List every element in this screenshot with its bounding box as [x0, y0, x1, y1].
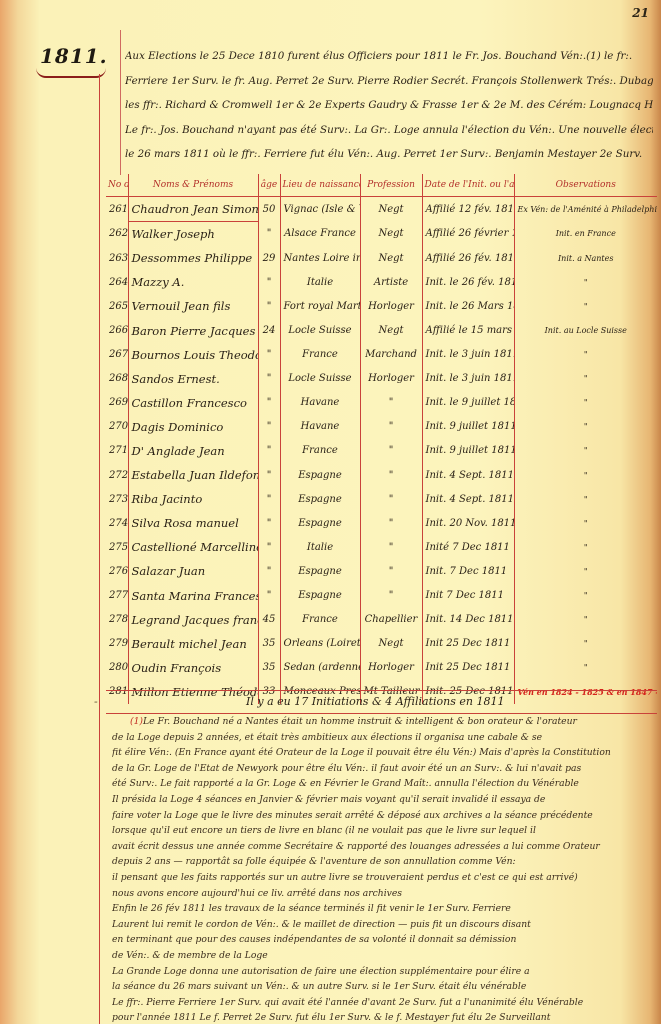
election-header-paragraph: Aux Elections le 25 Dece 1810 furent élu…	[125, 44, 653, 167]
member-date: Init 25 Dec 1811	[422, 656, 514, 680]
member-name: Sandos Ernest.	[128, 367, 258, 391]
member-observations: "	[514, 415, 657, 439]
member-birthplace: Italie	[280, 535, 360, 559]
member-date: Init. le 3 juin 1811	[422, 343, 514, 367]
member-date: Affilié 26 février 1811	[422, 222, 514, 247]
member-profession: Negt	[360, 222, 422, 247]
footnote-marker: (1)	[130, 716, 143, 727]
table-row: 276Salazar Juan"Espagne"Init. 7 Dec 1811…	[106, 559, 657, 583]
note-line: de la Gr. Loge de l'Etat de Newyork pour…	[112, 761, 657, 777]
member-age: "	[258, 511, 280, 535]
member-name: Mazzy A.	[128, 270, 258, 294]
member-name: Chaudron Jean Simon	[128, 197, 258, 222]
table-row: 262Walker Joseph"Alsace FranceNegtAffili…	[106, 222, 657, 247]
member-observations: Init. au Locle Suisse	[514, 318, 657, 342]
note-line: pour l'année 1811 Le f. Perret 2e Surv. …	[112, 1010, 657, 1024]
member-observations: "	[514, 343, 657, 367]
member-profession: "	[360, 511, 422, 535]
member-birthplace: Havane	[280, 391, 360, 415]
member-name: Berault michel Jean	[128, 632, 258, 656]
header-line: Aux Elections le 25 Dece 1810 furent élu…	[125, 44, 653, 69]
member-age: "	[258, 439, 280, 463]
note-line: lorsque qu'il eut encore un tiers de liv…	[112, 823, 657, 839]
member-age: "	[258, 463, 280, 487]
note-line: Laurent lui remit le cordon de Vén:. & l…	[112, 917, 657, 933]
member-observations: "	[514, 270, 657, 294]
member-age: "	[258, 222, 280, 247]
column-header-birthplace: Lieu de naissance	[280, 174, 360, 197]
member-number: 265	[106, 294, 128, 318]
member-birthplace: France	[280, 439, 360, 463]
table-header-row: No de Loge Noms & Prénoms âge Lieu de na…	[106, 174, 657, 197]
member-number: 276	[106, 559, 128, 583]
footnote-block: (1)Le Fr. Bouchand né a Nantes était un …	[112, 714, 657, 1024]
member-observations: Init. a Nantes	[514, 246, 657, 270]
member-profession: "	[360, 391, 422, 415]
table-row: 280Oudin François35Sedan (ardennes)Horlo…	[106, 656, 657, 680]
member-profession: "	[360, 415, 422, 439]
note-line: Il présida la Loge 4 séances en Janvier …	[112, 792, 657, 808]
member-date: Affilié le 15 mars 1811	[422, 318, 514, 342]
table-row: 277Santa Marina Francesco"Espagne"Init 7…	[106, 584, 657, 608]
member-number: 271	[106, 439, 128, 463]
note-line: Le ffr:. Pierre Ferriere 1er Surv. qui a…	[112, 995, 657, 1011]
table-row: 270Dagis Dominico"Havane"Init. 9 juillet…	[106, 415, 657, 439]
member-birthplace: Orleans (Loiret)	[280, 632, 360, 656]
ledger-page: 21 1811. Aux Elections le 25 Dece 1810 f…	[0, 0, 661, 1024]
member-observations: "	[514, 439, 657, 463]
member-date: Init. 4 Sept. 1811	[422, 463, 514, 487]
member-birthplace: Italie	[280, 270, 360, 294]
table-row: 269Castillon Francesco"Havane"Init. le 9…	[106, 391, 657, 415]
member-number: 278	[106, 608, 128, 632]
member-number: 266	[106, 318, 128, 342]
table-row: 261Chaudron Jean Simon50Vignac (Isle & V…	[106, 197, 657, 222]
header-line: le 26 mars 1811 où le ffr:. Ferriere fut…	[125, 142, 653, 167]
member-date: Affilié 26 fév. 1811	[422, 246, 514, 270]
member-age: 45	[258, 608, 280, 632]
member-observations: "	[514, 487, 657, 511]
member-date: Init. 9 juillet 1811	[422, 415, 514, 439]
member-birthplace: Havane	[280, 415, 360, 439]
table-row: 275Castellioné Marcellino"Italie"Inité 7…	[106, 535, 657, 559]
column-header-number: No de Loge	[106, 174, 128, 197]
table-row: 265Vernouil Jean fils"Fort royal Martini…	[106, 294, 657, 318]
member-number: 277	[106, 584, 128, 608]
member-profession: "	[360, 487, 422, 511]
member-birthplace: Alsace France	[280, 222, 360, 247]
member-observations: "	[514, 559, 657, 583]
member-number: 263	[106, 246, 128, 270]
member-age: 50	[258, 197, 280, 222]
member-name: Baron Pierre Jacques	[128, 318, 258, 342]
member-number: 272	[106, 463, 128, 487]
member-birthplace: Fort royal Martinique	[280, 294, 360, 318]
member-age: 24	[258, 318, 280, 342]
member-name: Walker Joseph	[128, 222, 258, 247]
member-age: "	[258, 294, 280, 318]
member-birthplace: Espagne	[280, 463, 360, 487]
table-row: 266Baron Pierre Jacques24Locle SuisseNeg…	[106, 318, 657, 342]
member-number: 267	[106, 343, 128, 367]
table-row: 279Berault michel Jean35Orleans (Loiret)…	[106, 632, 657, 656]
member-age: "	[258, 559, 280, 583]
member-profession: Negt	[360, 197, 422, 222]
member-age: "	[258, 270, 280, 294]
member-date: Init. le 26 fév. 1811	[422, 270, 514, 294]
member-date: Init. le 26 Mars 1811	[422, 294, 514, 318]
member-name: Estabella Juan Ildefonso	[128, 463, 258, 487]
member-birthplace: Vignac (Isle & Vilaine)	[280, 197, 360, 222]
member-observations: "	[514, 367, 657, 391]
member-observations: "	[514, 294, 657, 318]
note-line: depuis 2 ans — rapportât sa folle équipé…	[112, 854, 657, 870]
note-line: faire voter la Loge que le livre des min…	[112, 808, 657, 824]
member-age: 29	[258, 246, 280, 270]
note-line: de la Loge depuis 2 années, et était trè…	[112, 730, 657, 746]
member-age: "	[258, 584, 280, 608]
column-header-age: âge	[258, 174, 280, 197]
member-profession: Artiste	[360, 270, 422, 294]
register-body: 261Chaudron Jean Simon50Vignac (Isle & V…	[106, 197, 657, 704]
member-date: Inité 7 Dec 1811	[422, 535, 514, 559]
table-row: 263Dessommes Philippe29Nantes Loire inf.…	[106, 246, 657, 270]
member-date: Init. le 3 juin 1811	[422, 367, 514, 391]
member-number: 261	[106, 197, 128, 222]
member-observations: "	[514, 632, 657, 656]
member-name: Riba Jacinto	[128, 487, 258, 511]
member-age: "	[258, 343, 280, 367]
member-number: 274	[106, 511, 128, 535]
member-birthplace: France	[280, 608, 360, 632]
member-date: Init. le 9 juillet 1811	[422, 391, 514, 415]
summary-line: - Il y a eu 17 Initiations & 4 Affiliati…	[106, 690, 657, 714]
header-line: Ferriere 1er Surv. le fr. Aug. Perret 2e…	[125, 69, 653, 94]
member-observations: Ex Vén: de l'Aménité à Philadelphie	[514, 197, 657, 222]
member-name: Silva Rosa manuel	[128, 511, 258, 535]
member-register-table: No de Loge Noms & Prénoms âge Lieu de na…	[106, 174, 657, 704]
note-line: en terminant que pour des causes indépen…	[112, 932, 657, 948]
member-age: 35	[258, 632, 280, 656]
member-date: Init. 14 Dec 1811	[422, 608, 514, 632]
column-header-observations: Observations	[514, 174, 657, 197]
member-observations: "	[514, 584, 657, 608]
member-birthplace: Locle Suisse	[280, 318, 360, 342]
member-profession: Negt	[360, 246, 422, 270]
member-observations: Init. en France	[514, 222, 657, 247]
note-line: Enfin le 26 fév 1811 les travaux de la s…	[112, 901, 657, 917]
member-observations: "	[514, 656, 657, 680]
member-birthplace: Espagne	[280, 584, 360, 608]
member-number: 262	[106, 222, 128, 247]
member-birthplace: Espagne	[280, 487, 360, 511]
table-row: 264Mazzy A."ItalieArtisteInit. le 26 fév…	[106, 270, 657, 294]
member-number: 279	[106, 632, 128, 656]
member-birthplace: Locle Suisse	[280, 367, 360, 391]
member-observations: "	[514, 511, 657, 535]
column-header-profession: Profession	[360, 174, 422, 197]
left-margin-rule	[99, 74, 100, 1024]
member-name: Dagis Dominico	[128, 415, 258, 439]
member-number: 270	[106, 415, 128, 439]
member-observations: "	[514, 535, 657, 559]
summary-text: Il y a eu 17 Initiations & 4 Affiliation…	[246, 691, 504, 713]
member-name: D' Anglade Jean	[128, 439, 258, 463]
table-row: 274Silva Rosa manuel"Espagne"Init. 20 No…	[106, 511, 657, 535]
member-name: Legrand Jacques françois	[128, 608, 258, 632]
summary-dash: -	[94, 691, 98, 713]
member-name: Castellioné Marcellino	[128, 535, 258, 559]
member-profession: "	[360, 535, 422, 559]
member-name: Oudin François	[128, 656, 258, 680]
member-profession: "	[360, 559, 422, 583]
column-header-name: Noms & Prénoms	[128, 174, 258, 197]
member-profession: "	[360, 463, 422, 487]
member-date: Init 7 Dec 1811	[422, 584, 514, 608]
note-line: La Grande Loge donna une autorisation de…	[112, 964, 657, 980]
member-profession: Horloger	[360, 294, 422, 318]
note-line: il pensant que les faits rapportés sur u…	[112, 870, 657, 886]
member-date: Init. 9 juillet 1811	[422, 439, 514, 463]
member-observations: "	[514, 608, 657, 632]
header-line: Le fr:. Jos. Bouchand n'ayant pas été Su…	[125, 118, 653, 143]
member-number: 264	[106, 270, 128, 294]
year-heading: 1811.	[40, 44, 108, 68]
member-name: Dessommes Philippe	[128, 246, 258, 270]
header-line: les ffr:. Richard & Cromwell 1er & 2e Ex…	[125, 93, 653, 118]
member-birthplace: Nantes Loire inf.	[280, 246, 360, 270]
member-name: Salazar Juan	[128, 559, 258, 583]
table-row: 271D' Anglade Jean"France"Init. 9 juille…	[106, 439, 657, 463]
member-age: "	[258, 487, 280, 511]
member-profession: "	[360, 584, 422, 608]
member-profession: Horloger	[360, 656, 422, 680]
note-line: été Surv:. Le fait rapporté a la Gr. Log…	[112, 776, 657, 792]
member-date: Affilié 12 fév. 1811	[422, 197, 514, 222]
table-row: 268Sandos Ernest."Locle SuisseHorlogerIn…	[106, 367, 657, 391]
member-birthplace: France	[280, 343, 360, 367]
note-line: de Vén:. & de membre de la Loge	[112, 948, 657, 964]
member-age: 35	[258, 656, 280, 680]
member-age: "	[258, 391, 280, 415]
member-name: Vernouil Jean fils	[128, 294, 258, 318]
table-row: 278Legrand Jacques françois45FranceChape…	[106, 608, 657, 632]
table-row: 272Estabella Juan Ildefonso"Espagne"Init…	[106, 463, 657, 487]
member-number: 273	[106, 487, 128, 511]
member-date: Init 25 Dec 1811	[422, 632, 514, 656]
member-observations: "	[514, 391, 657, 415]
note-line: avait écrit dessus une année comme Secré…	[112, 839, 657, 855]
page-number: 21	[632, 6, 649, 20]
note-line: nous avons encore aujourd'hui ce liv. ar…	[112, 886, 657, 902]
member-name: Santa Marina Francesco	[128, 584, 258, 608]
member-profession: "	[360, 439, 422, 463]
member-date: Init. 7 Dec 1811	[422, 559, 514, 583]
note-line: fit élire Vén:. (En France ayant été Ora…	[112, 745, 657, 761]
member-number: 268	[106, 367, 128, 391]
member-name: Bournos Louis Theodore	[128, 343, 258, 367]
table-row: 267Bournos Louis Theodore"FranceMarchand…	[106, 343, 657, 367]
member-birthplace: Espagne	[280, 559, 360, 583]
header-margin-rule	[120, 30, 121, 175]
member-age: "	[258, 415, 280, 439]
member-number: 275	[106, 535, 128, 559]
note-line: (1)Le Fr. Bouchand né a Nantes était un …	[112, 714, 657, 730]
member-profession: Marchand	[360, 343, 422, 367]
note-line: la séance du 26 mars suivant un Vén:. & …	[112, 979, 657, 995]
member-profession: Negt	[360, 318, 422, 342]
member-date: Init. 20 Nov. 1811	[422, 511, 514, 535]
year-flourish-decoration	[36, 68, 106, 78]
member-number: 280	[106, 656, 128, 680]
column-header-date: Date de l'Init. ou l'affil.	[422, 174, 514, 197]
member-profession: Horloger	[360, 367, 422, 391]
member-date: Init. 4 Sept. 1811	[422, 487, 514, 511]
table-row: 273Riba Jacinto"Espagne"Init. 4 Sept. 18…	[106, 487, 657, 511]
member-observations: "	[514, 463, 657, 487]
note-text: Le Fr. Bouchand né a Nantes était un hom…	[143, 716, 577, 727]
member-number: 269	[106, 391, 128, 415]
member-age: "	[258, 367, 280, 391]
member-birthplace: Sedan (ardennes)	[280, 656, 360, 680]
member-birthplace: Espagne	[280, 511, 360, 535]
member-name: Castillon Francesco	[128, 391, 258, 415]
member-profession: Negt	[360, 632, 422, 656]
member-age: "	[258, 535, 280, 559]
member-profession: Chapellier	[360, 608, 422, 632]
